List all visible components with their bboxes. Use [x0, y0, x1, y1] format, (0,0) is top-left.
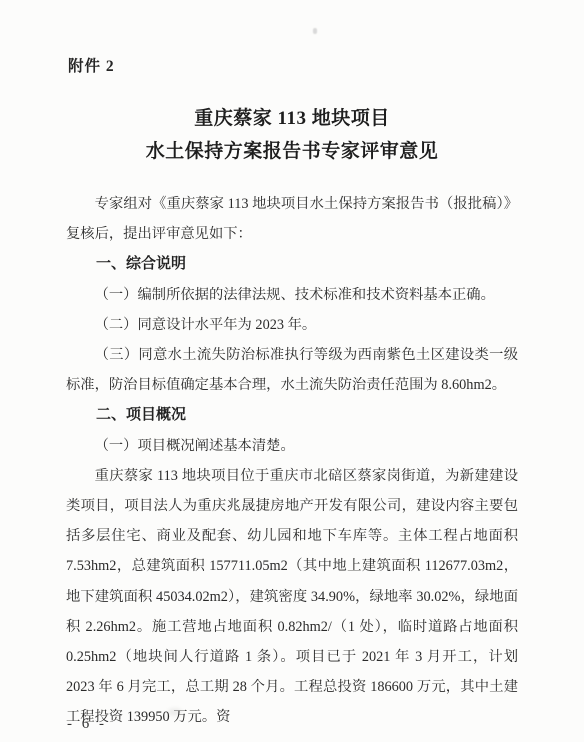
intro-paragraph: 专家组对《重庆蔡家 113 地块项目水土保持方案报告书（报批稿）》复核后，提出评… — [66, 189, 518, 249]
document-title: 重庆蔡家 113 地块项目 水土保持方案报告书专家评审意见 — [0, 103, 584, 168]
page-number: - 6 - — [67, 716, 107, 733]
attachment-label: 附件 2 — [68, 54, 115, 76]
review-item-1-1: （一）编制所依据的法律法规、技术标准和技术资料基本正确。 — [66, 280, 518, 310]
document-title-line2: 水土保持方案报告书专家评审意见 — [0, 136, 584, 169]
review-item-2-1: （一）项目概况阐述基本清楚。 — [66, 431, 518, 461]
review-item-1-2: （二）同意设计水平年为 2023 年。 — [66, 310, 518, 340]
project-overview-paragraph: 重庆蔡家 113 地块项目位于重庆市北碚区蔡家岗街道，为新建建设类项目，项目法人… — [66, 461, 518, 733]
section-heading-project-overview: 二、项目概况 — [66, 400, 518, 430]
section-heading-general-notes: 一、综合说明 — [66, 249, 518, 279]
document-body: 专家组对《重庆蔡家 113 地块项目水土保持方案报告书（报批稿）》复核后，提出评… — [66, 189, 518, 733]
document-page: 附件 2 重庆蔡家 113 地块项目 水土保持方案报告书专家评审意见 专家组对《… — [0, 0, 584, 742]
scan-artifact — [313, 28, 317, 34]
document-title-line1: 重庆蔡家 113 地块项目 — [0, 103, 584, 136]
review-item-1-3: （三）同意水土流失防治标准执行等级为西南紫色土区建设类一级标准，防治目标值确定基… — [66, 340, 518, 400]
